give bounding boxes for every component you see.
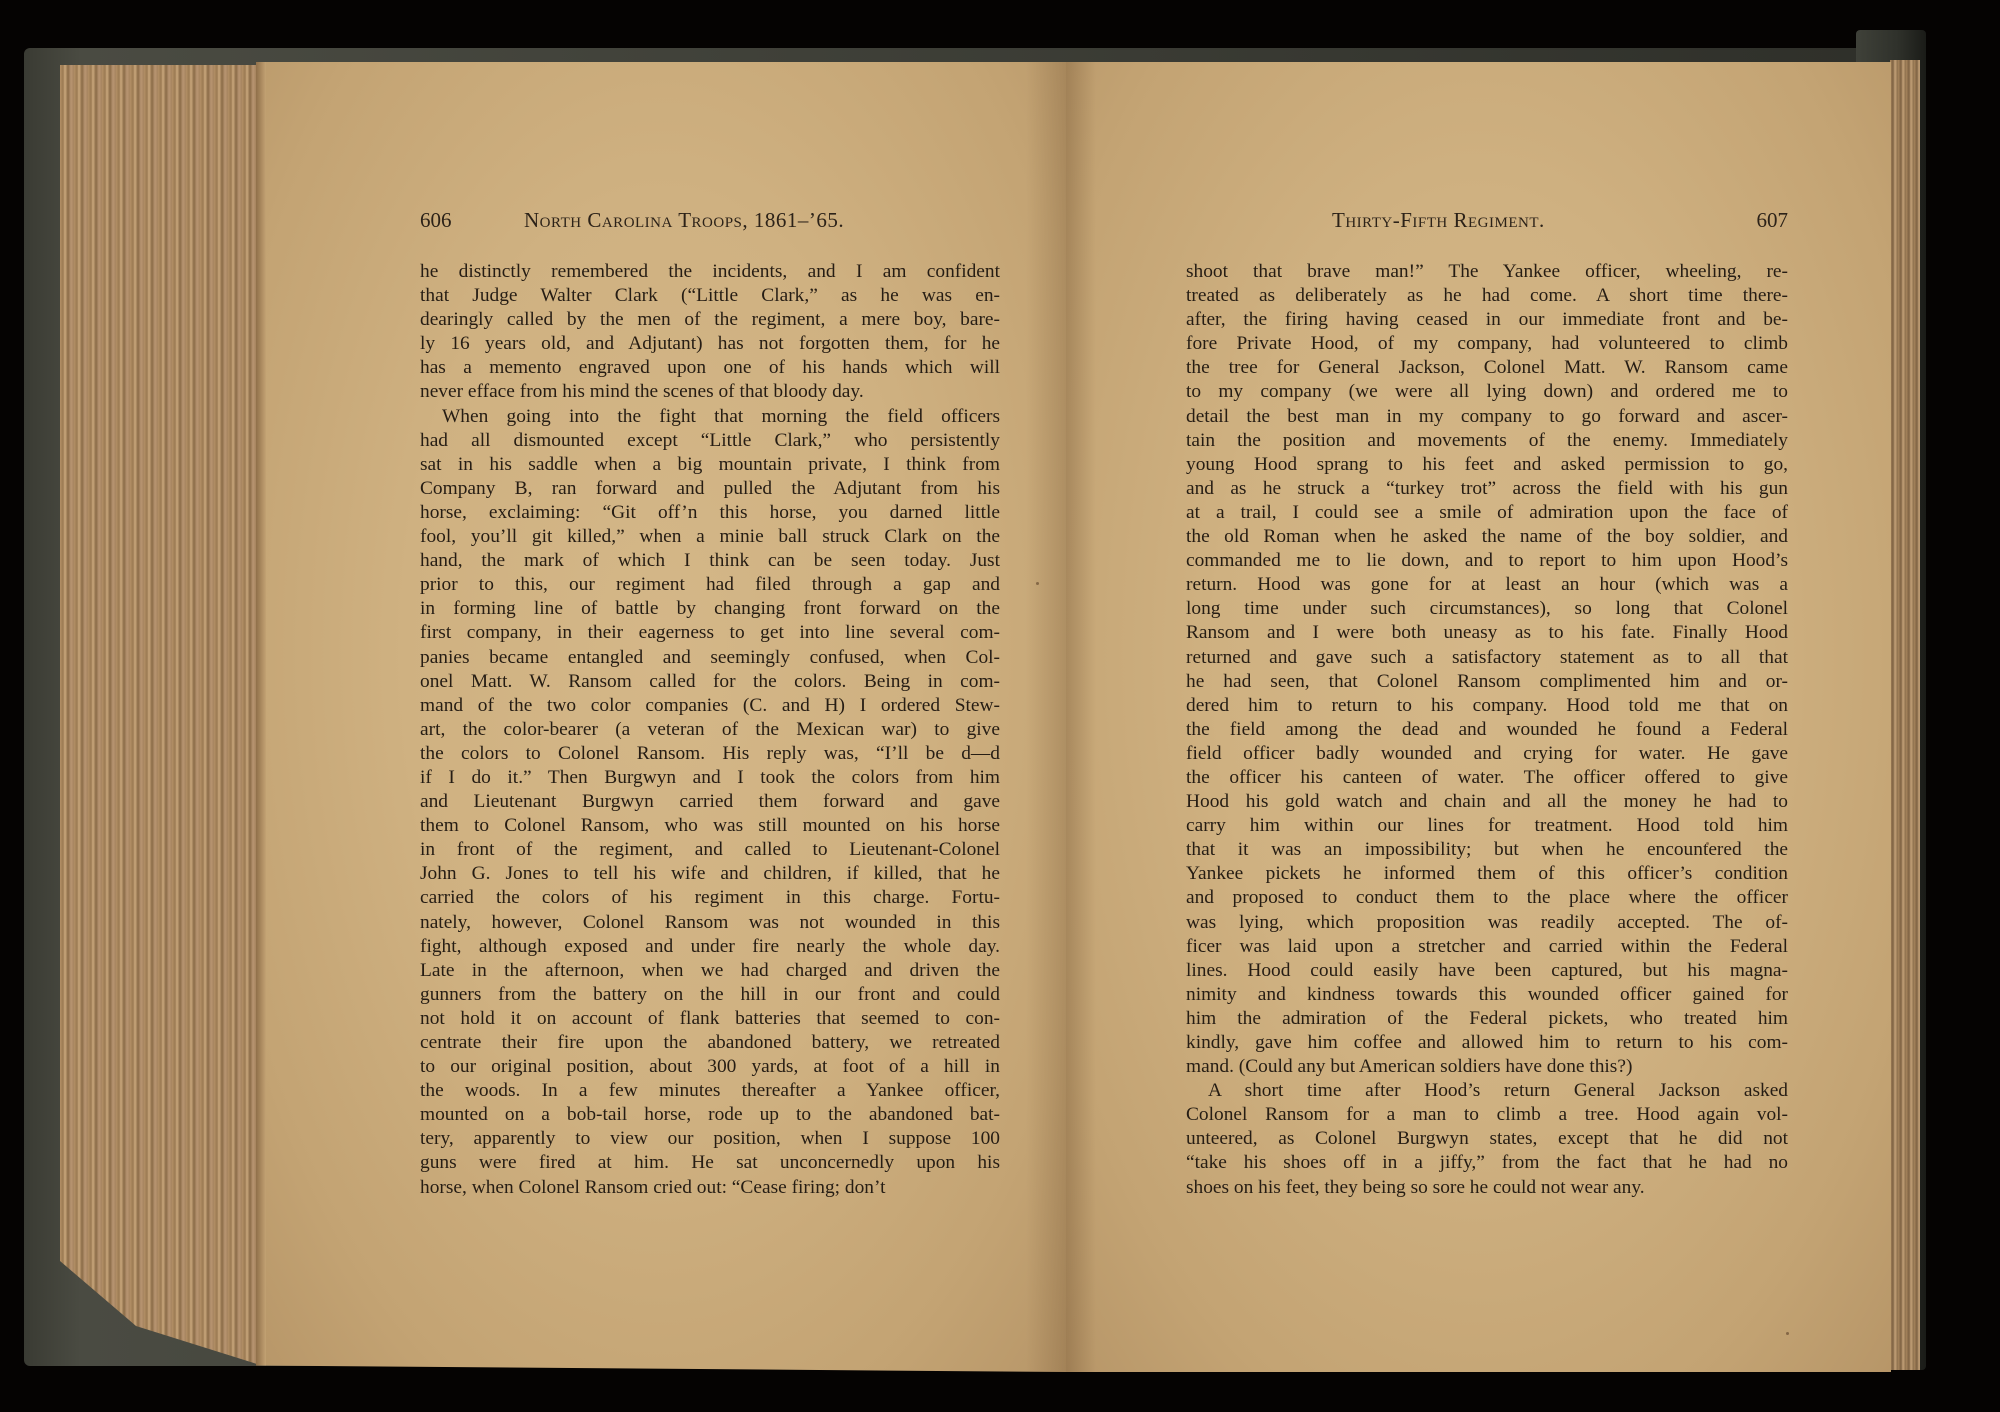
text-line: horse, when Colonel Ransom cried out: “C… <box>420 1176 1000 1200</box>
text-line: nimity and kindness towards this wounded… <box>1186 983 1788 1007</box>
text-line: in forming line of battle by changing fr… <box>420 597 1000 621</box>
text-line: field officer badly wounded and crying f… <box>1186 742 1788 766</box>
running-head-right: Thirty-Fifth Regiment. 607 <box>1186 208 1788 238</box>
text-line: mand. (Could any but American soldiers h… <box>1186 1055 1788 1079</box>
running-head-left: 606 North Carolina Troops, 1861–’65. <box>420 208 1000 238</box>
text-line: carried the colors of his regiment in th… <box>420 886 1000 910</box>
text-line: and proposed to conduct them to the plac… <box>1186 886 1788 910</box>
right-page: Thirty-Fifth Regiment. 607 shoot that br… <box>1066 62 1891 1372</box>
text-line: dered him to return to his company. Hood… <box>1186 694 1788 718</box>
text-line: never efface from his mind the scenes of… <box>420 380 1000 404</box>
text-line: after, the firing having ceased in our i… <box>1186 308 1788 332</box>
text-line: fight, although exposed and under fire n… <box>420 935 1000 959</box>
text-line: returned and gave such a satisfactory st… <box>1186 646 1788 670</box>
text-line: panies became entangled and seemingly co… <box>420 646 1000 670</box>
text-line: at a trail, I could see a smile of admir… <box>1186 501 1788 525</box>
text-line: onel Matt. W. Ransom called for the colo… <box>420 670 1000 694</box>
text-line: shoes on his feet, they being so sore he… <box>1186 1176 1788 1200</box>
text-line: tery, apparently to view our position, w… <box>420 1127 1000 1151</box>
text-line: has a memento engraved upon one of his h… <box>420 356 1000 380</box>
text-line: centrate their fire upon the abandoned b… <box>420 1031 1000 1055</box>
text-line: gunners from the battery on the hill in … <box>420 983 1000 1007</box>
text-line: “take his shoes off in a jiffy,” from th… <box>1186 1151 1788 1175</box>
text-line: was lying, which proposition was readily… <box>1186 911 1788 935</box>
paper-speck <box>1786 1332 1789 1335</box>
text-line: he distinctly remembered the incidents, … <box>420 260 1000 284</box>
text-line: them to Colonel Ransom, who was still mo… <box>420 814 1000 838</box>
text-line: When going into the fight that morning t… <box>420 405 1000 429</box>
running-head-title: Thirty-Fifth Regiment. <box>1332 208 1545 233</box>
body-text-right: shoot that brave man!” The Yankee office… <box>1186 260 1788 1200</box>
text-line: kindly, gave him coffee and allowed him … <box>1186 1031 1788 1055</box>
text-line: Colonel Ransom for a man to climb a tree… <box>1186 1103 1788 1127</box>
gutter-shadow <box>1026 62 1066 1372</box>
text-line: commanded me to lie down, and to report … <box>1186 549 1788 573</box>
text-line: him the admiration of the Federal picket… <box>1186 1007 1788 1031</box>
text-line: John G. Jones to tell his wife and child… <box>420 862 1000 886</box>
text-line: Company B, ran forward and pulled the Ad… <box>420 477 1000 501</box>
text-line: detail the best man in my company to go … <box>1186 405 1788 429</box>
text-line: A short time after Hood’s return General… <box>1186 1079 1788 1103</box>
text-line: the old Roman when he asked the name of … <box>1186 525 1788 549</box>
text-line: ly 16 years old, and Adjutant) has not f… <box>420 332 1000 356</box>
text-line: Ransom and I were both uneasy as to his … <box>1186 621 1788 645</box>
text-line: dearingly called by the men of the regim… <box>420 308 1000 332</box>
text-line: lines. Hood could easily have been captu… <box>1186 959 1788 983</box>
left-page: 606 North Carolina Troops, 1861–’65. he … <box>256 62 1066 1372</box>
page-edge-shadow <box>256 62 266 1372</box>
text-line: return. Hood was gone for at least an ho… <box>1186 573 1788 597</box>
text-line: nately, however, Colonel Ransom was not … <box>420 911 1000 935</box>
text-line: the officer his canteen of water. The of… <box>1186 766 1788 790</box>
text-line: treated as deliberately as he had come. … <box>1186 284 1788 308</box>
text-line: sat in his saddle when a big mountain pr… <box>420 453 1000 477</box>
text-line: not hold it on account of flank batterie… <box>420 1007 1000 1031</box>
text-line: fool, you’ll git killed,” when a minie b… <box>420 525 1000 549</box>
text-line: to my company (we were all lying down) a… <box>1186 380 1788 404</box>
text-line: horse, exclaiming: “Git off’n this horse… <box>420 501 1000 525</box>
text-line: if I do it.” Then Burgwyn and I took the… <box>420 766 1000 790</box>
text-line: he had seen, that Colonel Ransom complim… <box>1186 670 1788 694</box>
text-line: long time under such circumstances), so … <box>1186 597 1788 621</box>
text-line: Yankee pickets he informed them of this … <box>1186 862 1788 886</box>
text-line: the field among the dead and wounded he … <box>1186 718 1788 742</box>
text-line: and as he struck a “turkey trot” across … <box>1186 477 1788 501</box>
text-line: to our original position, about 300 yard… <box>420 1055 1000 1079</box>
text-line: Hood his gold watch and chain and all th… <box>1186 790 1788 814</box>
gutter-shadow <box>1066 62 1096 1372</box>
text-line: carry him within our lines for treatment… <box>1186 814 1788 838</box>
page-number: 606 <box>420 208 452 233</box>
text-line: mand of the two color companies (C. and … <box>420 694 1000 718</box>
text-line: hand, the mark of which I think can be s… <box>420 549 1000 573</box>
text-line: prior to this, our regiment had filed th… <box>420 573 1000 597</box>
page-number: 607 <box>1757 208 1789 233</box>
text-line: shoot that brave man!” The Yankee office… <box>1186 260 1788 284</box>
body-text-left: he distinctly remembered the incidents, … <box>420 260 1000 1200</box>
text-line: the tree for General Jackson, Colonel Ma… <box>1186 356 1788 380</box>
text-line: Late in the afternoon, when we had charg… <box>420 959 1000 983</box>
paper-speck <box>1706 842 1709 845</box>
text-line: art, the color-bearer (a veteran of the … <box>420 718 1000 742</box>
text-line: young Hood sprang to his feet and asked … <box>1186 453 1788 477</box>
text-line: that it was an impossibility; but when h… <box>1186 838 1788 862</box>
running-head-title: North Carolina Troops, 1861–’65. <box>524 208 844 233</box>
text-line: in front of the regiment, and called to … <box>420 838 1000 862</box>
text-line: had all dismounted except “Little Clark,… <box>420 429 1000 453</box>
text-line: the colors to Colonel Ransom. His reply … <box>420 742 1000 766</box>
text-line: that Judge Walter Clark (“Little Clark,”… <box>420 284 1000 308</box>
text-line: tain the position and movements of the e… <box>1186 429 1788 453</box>
text-line: the woods. In a few minutes thereafter a… <box>420 1079 1000 1103</box>
text-line: unteered, as Colonel Burgwyn states, exc… <box>1186 1127 1788 1151</box>
text-line: ficer was laid upon a stretcher and carr… <box>1186 935 1788 959</box>
text-line: first company, in their eagerness to get… <box>420 621 1000 645</box>
page-edges-right <box>1890 60 1920 1370</box>
text-line: mounted on a bob-tail horse, rode up to … <box>420 1103 1000 1127</box>
text-line: and Lieutenant Burgwyn carried them forw… <box>420 790 1000 814</box>
paper-speck <box>1036 582 1039 585</box>
text-line: fore Private Hood, of my company, had vo… <box>1186 332 1788 356</box>
page-edges-left <box>60 65 260 1365</box>
text-line: guns were fired at him. He sat unconcern… <box>420 1151 1000 1175</box>
